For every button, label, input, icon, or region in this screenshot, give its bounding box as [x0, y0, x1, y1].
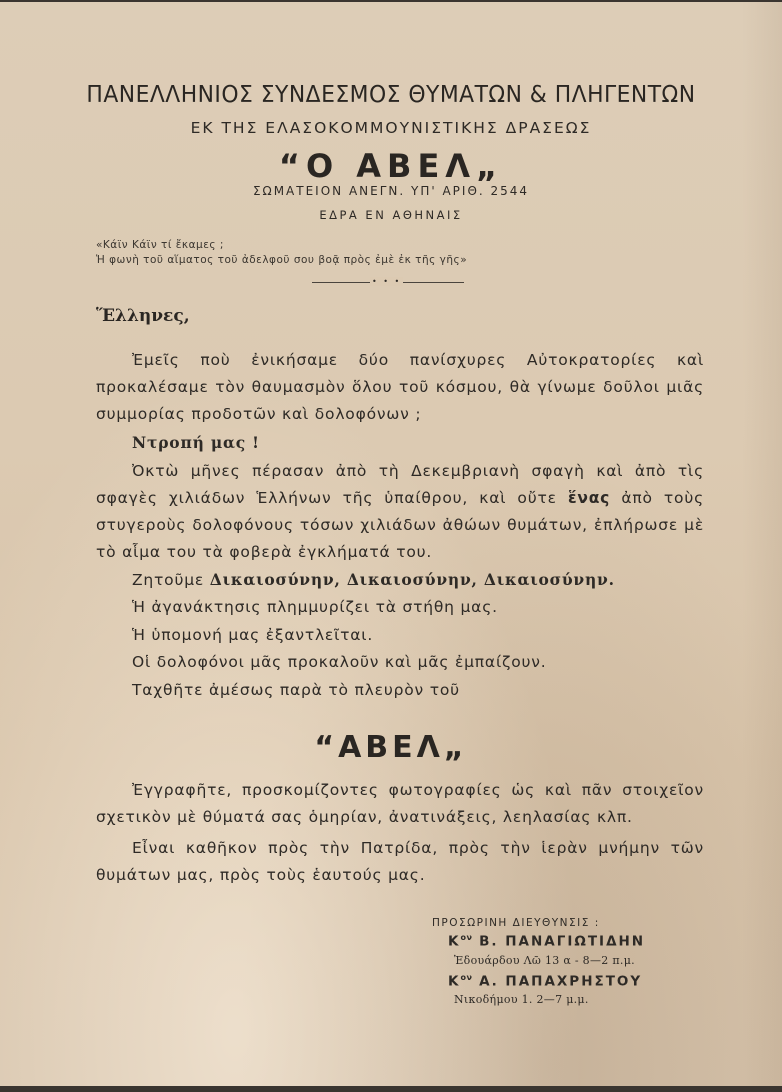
- document-page: ΠΑΝΕΛΛΗΝΙΟΣ ΣΥΝΔΕΣΜΟΣ ΘΥΜΑΤΩΝ & ΠΛΗΓΕΝΤΩ…: [0, 2, 782, 1086]
- letter-greeting: Ἕλληνες,: [96, 306, 190, 326]
- contact-2-address: Νικοδήμου 1. 2—7 μ.μ.: [454, 993, 645, 1006]
- shame-line: Ντροπή μας !: [96, 429, 704, 458]
- paragraph-2-emphasis: ἕνας: [568, 489, 610, 507]
- organization-subtitle: ΕΚ ΤΗΣ ΕΛΑΣΟΚΟΜΜΟΥΝΙΣΤΙΚΗΣ ΔΡΑΣΕΩΣ: [0, 119, 782, 137]
- contact-1-title-sup: ον: [460, 933, 472, 942]
- justice-line: Ζητοῦμε Δικαιοσύνην, Δικαιοσύνην, Δικαιο…: [96, 566, 704, 595]
- divider-ornament-icon: • • •: [370, 277, 403, 286]
- letter-body-closing: Ἐγγραφῆτε, προσκομίζοντες φωτογραφίες ὡς…: [96, 777, 704, 889]
- murderers-line: Οἱ δολοφόνοι μᾶς προκαλοῦν καὶ μᾶς ἐμπαί…: [96, 649, 704, 677]
- seat-location: ΕΔΡΑ ΕΝ ΑΘΗΝΑΙΣ: [0, 208, 782, 222]
- shame-exclamation: Ντροπή μας !: [132, 433, 260, 452]
- contact-1-name: Κον Β. ΠΑΝΑΓΙΩΤΙΔΗΝ: [448, 933, 645, 950]
- registration-number: ΣΩΜΑΤΕΙΟΝ ΑΝΕΓΝ. ΥΠ' ΑΡΙΘ. 2544: [0, 184, 782, 198]
- contact-1-fullname: Β. ΠΑΝΑΓΙΩΤΙΔΗΝ: [472, 934, 645, 950]
- organization-title: ΠΑΝΕΛΛΗΝΙΟΣ ΣΥΝΔΕΣΜΟΣ ΘΥΜΑΤΩΝ & ΠΛΗΓΕΝΤΩ…: [20, 82, 763, 108]
- paragraph-1: Ἐμεῖς ποὺ ἐνικήσαμε δύο πανίσχυρες Αὐτοκ…: [96, 347, 704, 428]
- epigraph: «Κάϊν Κάϊν τί ἔκαμες ; Ἡ φωνὴ τοῦ αἵματο…: [96, 238, 467, 268]
- epigraph-line-1: «Κάϊν Κάϊν τί ἔκαμες ;: [96, 238, 467, 253]
- paragraph-3: Ἐγγραφῆτε, προσκομίζοντες φωτογραφίες ὡς…: [96, 777, 704, 831]
- rally-line: Ταχθῆτε ἀμέσως παρὰ τὸ πλευρὸν τοῦ: [96, 677, 704, 705]
- justice-emphasis: Δικαιοσύνην, Δικαιοσύνην, Δικαιοσύνην.: [210, 570, 615, 589]
- epigraph-line-2: Ἡ φωνὴ τοῦ αἵματος τοῦ ἀδελφοῦ σου βοᾷ π…: [96, 253, 467, 268]
- contact-1-address: Ἐδουάρδου Λῶ 13 α - 8—2 π.μ.: [454, 954, 645, 967]
- contact-2-title-sup: ον: [460, 973, 472, 982]
- paragraph-4: Εἶναι καθῆκον πρὸς τὴν Πατρίδα, πρὸς τὴν…: [96, 835, 704, 889]
- contact-2-name: Κον Α. ΠΑΠΑΧΡΗΣΤΟΥ: [448, 973, 645, 990]
- paragraph-2: Ὀκτὼ μῆνες πέρασαν ἀπὸ τὴ Δεκεμβριανὴ σφ…: [96, 458, 704, 566]
- indignation-line: Ἡ ἀγανάκτησις πλημμυρίζει τὰ στήθη μας.: [96, 594, 704, 622]
- patience-line: Ἡ ὑπομονή μας ἐξαντλεῖται.: [96, 622, 704, 650]
- organization-name: “Ο ΑΒΕΛ„: [0, 147, 782, 185]
- letter-body: Ἐμεῖς ποὺ ἐνικήσαμε δύο πανίσχυρες Αὐτοκ…: [96, 347, 704, 704]
- contact-2-fullname: Α. ΠΑΠΑΧΡΗΣΤΟΥ: [472, 973, 642, 989]
- justice-prefix: Ζητοῦμε: [132, 571, 210, 589]
- abel-heading: “ΑΒΕΛ„: [0, 730, 782, 765]
- contact-1-title: Κ: [448, 934, 460, 950]
- temporary-addresses: ΠΡΟΣΩΡΙΝΗ ΔΙΕΥΘΥΝΣΙΣ : Κον Β. ΠΑΝΑΓΙΩΤΙΔ…: [432, 917, 645, 1012]
- contact-2-title: Κ: [448, 973, 460, 989]
- addresses-heading: ΠΡΟΣΩΡΙΝΗ ΔΙΕΥΘΥΝΣΙΣ :: [432, 917, 645, 929]
